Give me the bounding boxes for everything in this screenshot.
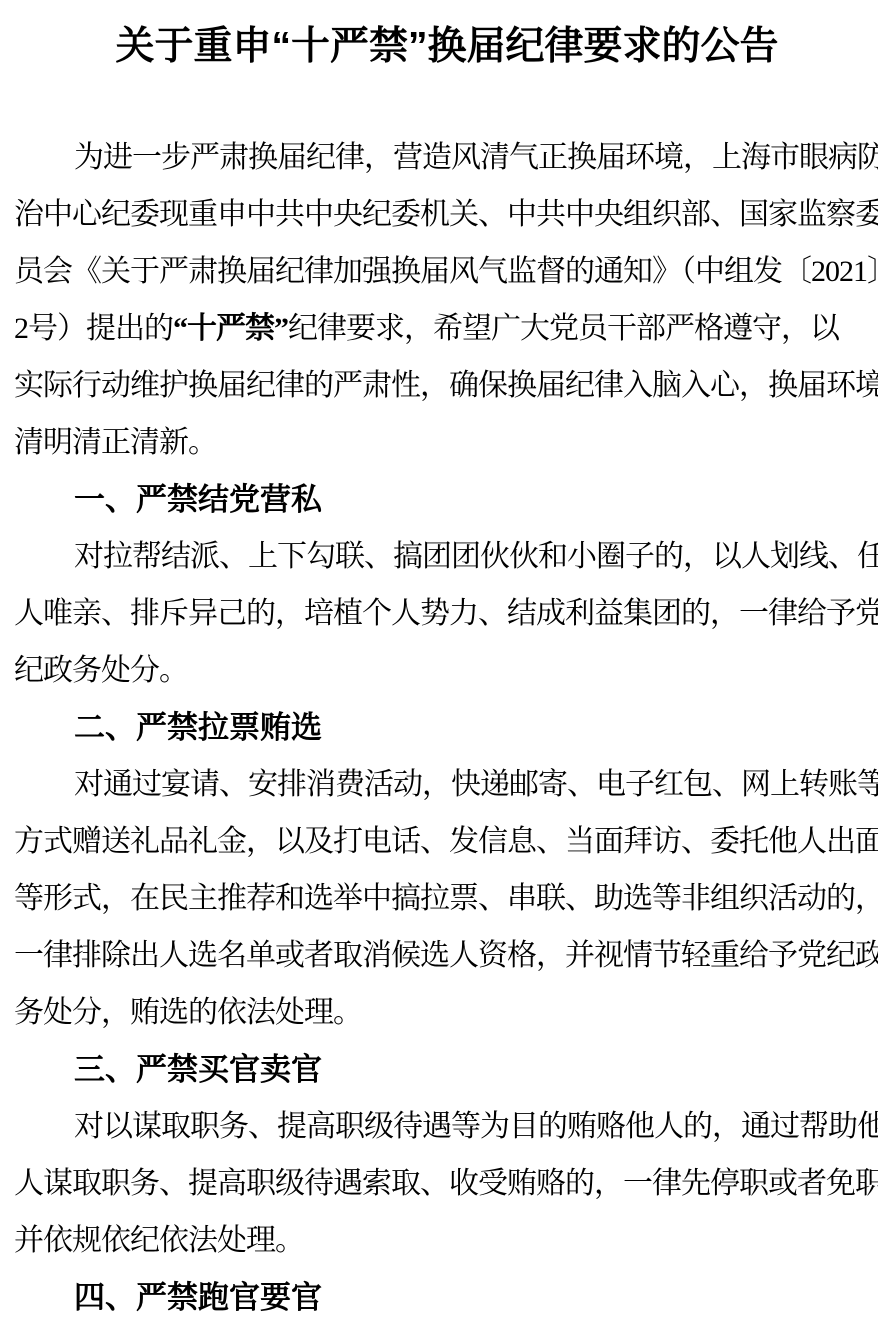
text-run: 员会《关于严肃换届纪律加强换届风气监督的通知》（中组发〔2021〕 — [14, 255, 878, 288]
body-line: 为进一步严肃换届纪律，营造风清气正换届环境，上海市眼病防 — [14, 129, 878, 186]
text-run: 对通过宴请、安排消费活动，快递邮寄、电子红包、网上转账等 — [74, 768, 878, 801]
body-line: 一律排除出人选名单或者取消候选人资格，并视情节轻重给予党纪政 — [14, 927, 878, 984]
text-run: 清明清正清新。 — [14, 426, 217, 459]
body-line: 员会《关于严肃换届纪律加强换届风气监督的通知》（中组发〔2021〕 — [14, 243, 878, 300]
text-run: 务处分，贿选的依法处理。 — [14, 996, 362, 1029]
body-line: 清明清正清新。 — [14, 414, 878, 471]
body-line: 纪政务处分。 — [14, 642, 878, 699]
body-line: 实际行动维护换届纪律的严肃性，确保换届纪律入脑入心，换届环境 — [14, 357, 878, 414]
section-heading: 四、严禁跑官要官 — [14, 1269, 878, 1326]
section-heading: 三、严禁买官卖官 — [14, 1041, 878, 1098]
section-heading: 二、严禁拉票贿选 — [14, 699, 878, 756]
text-run: 一律排除出人选名单或者取消候选人资格，并视情节轻重给予党纪政 — [14, 939, 878, 972]
body-line: 2号）提出的“十严禁”纪律要求，希望广大党员干部严格遵守，以 — [14, 300, 878, 357]
text-run: 为进一步严肃换届纪律，营造风清气正换届环境，上海市眼病防 — [74, 141, 878, 174]
body-line: 方式赠送礼品礼金，以及打电话、发信息、当面拜访、委托他人出面 — [14, 813, 878, 870]
text-run: 2号）提出的 — [14, 312, 173, 345]
text-run: 并依规依纪依法处理。 — [14, 1224, 304, 1257]
text-run: 人唯亲、排斥异己的，培植个人势力、结成利益集团的，一律给予党 — [14, 597, 878, 630]
section-heading: 一、严禁结党营私 — [14, 471, 878, 528]
body-line: 对拉帮结派、上下勾联、搞团团伙伙和小圈子的，以人划线、任 — [14, 528, 878, 585]
body-line: 并依规依纪依法处理。 — [14, 1212, 878, 1269]
document-body: 为进一步严肃换届纪律，营造风清气正换届环境，上海市眼病防治中心纪委现重申中共中央… — [0, 129, 894, 1326]
body-line: 人谋取职务、提高职级待遇索取、收受贿赂的，一律先停职或者免职， — [14, 1155, 878, 1212]
text-run: 对以谋取职务、提高职级待遇等为目的贿赂他人的，通过帮助他 — [74, 1110, 878, 1143]
body-line: 务处分，贿选的依法处理。 — [14, 984, 878, 1041]
body-line: 对通过宴请、安排消费活动，快递邮寄、电子红包、网上转账等 — [14, 756, 878, 813]
document-title: 关于重申“十严禁”换届纪律要求的公告 — [10, 21, 884, 73]
body-line: 人唯亲、排斥异己的，培植个人势力、结成利益集团的，一律给予党 — [14, 585, 878, 642]
emphasis-text: “十严禁” — [173, 312, 288, 345]
text-run: 对拉帮结派、上下勾联、搞团团伙伙和小圈子的，以人划线、任 — [74, 540, 878, 573]
text-run: 等形式，在民主推荐和选举中搞拉票、串联、助选等非组织活动的， — [14, 882, 878, 915]
body-line: 对以谋取职务、提高职级待遇等为目的贿赂他人的，通过帮助他 — [14, 1098, 878, 1155]
body-line: 治中心纪委现重申中共中央纪委机关、中共中央组织部、国家监察委 — [14, 186, 878, 243]
text-run: 人谋取职务、提高职级待遇索取、收受贿赂的，一律先停职或者免职， — [14, 1167, 878, 1200]
document-page: 关于重申“十严禁”换届纪律要求的公告 为进一步严肃换届纪律，营造风清气正换届环境… — [0, 0, 894, 1327]
body-line: 等形式，在民主推荐和选举中搞拉票、串联、助选等非组织活动的， — [14, 870, 878, 927]
text-run: 方式赠送礼品礼金，以及打电话、发信息、当面拜访、委托他人出面 — [14, 825, 878, 858]
text-run: 治中心纪委现重申中共中央纪委机关、中共中央组织部、国家监察委 — [14, 198, 878, 231]
text-run: 实际行动维护换届纪律的严肃性，确保换届纪律入脑入心，换届环境 — [14, 369, 878, 402]
text-run: 纪政务处分。 — [14, 654, 188, 687]
text-run: 纪律要求，希望广大党员干部严格遵守，以 — [288, 312, 839, 345]
